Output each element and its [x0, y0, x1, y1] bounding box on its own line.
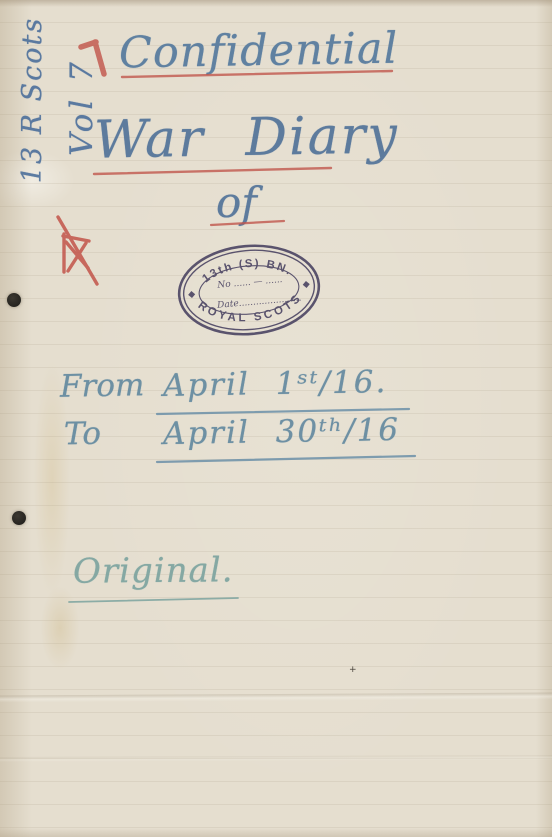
spine-note: 13 R Scots: [13, 10, 53, 190]
crossed-out-numeral: [58, 217, 97, 284]
paper-crease-2: [0, 755, 552, 762]
unit-stamp: 13th (S) BN. ROYAL SCOTS No ...... — ...…: [170, 236, 328, 345]
stamp-right-diamond-icon: [303, 281, 310, 288]
hole-punch-bottom: [12, 511, 26, 525]
classification-label: Confidential: [119, 24, 399, 79]
title-connector: of: [216, 178, 257, 227]
stamp-outer-ring: [175, 240, 322, 340]
to-value: April 30ᵗʰ/16: [163, 412, 401, 452]
from-label: From: [60, 367, 145, 404]
original-underline: [69, 598, 238, 602]
paper-crease: [0, 693, 552, 703]
diary-cover-page: 13 R Scots Vol 7 Confidential War Diary …: [0, 0, 552, 837]
original-label: Original.: [73, 550, 234, 591]
to-underline: [157, 456, 415, 462]
from-value: April 1ˢᵗ/16.: [163, 364, 388, 404]
to-label: To: [64, 416, 102, 453]
stamp-left-diamond-icon: [188, 291, 195, 298]
cross-mark: +: [349, 665, 357, 675]
unit-stamp-graphic: 13th (S) BN. ROYAL SCOTS No ...... — ...…: [170, 236, 328, 345]
stamp-no-line: No ...... — ......: [216, 275, 283, 291]
title-main: War Diary: [93, 105, 399, 170]
hole-punch-top: [7, 293, 21, 307]
